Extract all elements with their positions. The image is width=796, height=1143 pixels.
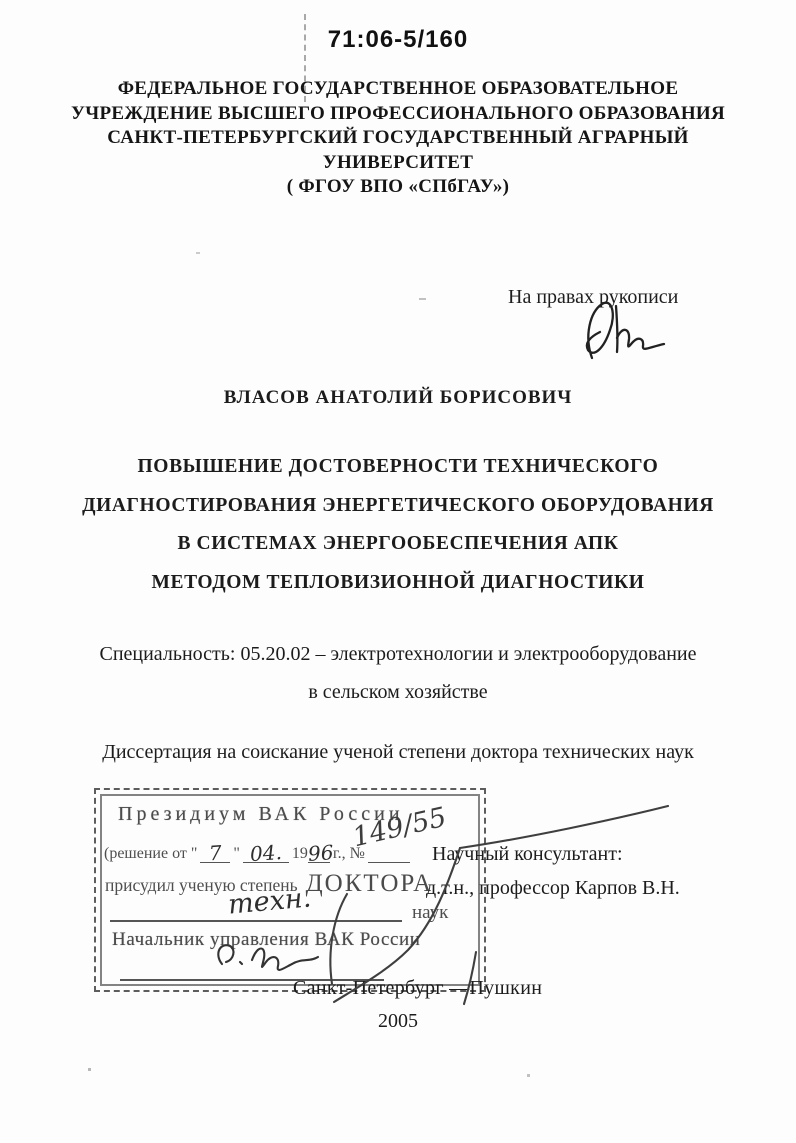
dissertation-title: ПОВЫШЕНИЕ ДОСТОВЕРНОСТИ ТЕХНИЧЕСКОГО ДИА…	[0, 448, 796, 602]
handwritten-day: 7	[208, 841, 222, 866]
decision-year-blank: 96	[308, 838, 330, 863]
scan-speck	[196, 252, 200, 254]
scan-speck	[88, 1068, 91, 1071]
specialty-line: в сельском хозяйстве	[0, 681, 796, 704]
decision-number-blank	[368, 862, 410, 863]
consultant-name: д.т.н., профессор Карпов В.Н.	[426, 877, 680, 900]
title-line: В СИСТЕМАХ ЭНЕРГООБЕСПЕЧЕНИЯ АПК	[0, 525, 796, 564]
institution-line: ( ФГОУ ВПО «СПбГАУ»)	[0, 175, 796, 200]
title-line: ПОВЫШЕНИЕ ДОСТОВЕРНОСТИ ТЕХНИЧЕСКОГО	[0, 448, 796, 487]
handwritten-year: 96	[307, 840, 334, 866]
scan-speck	[419, 298, 426, 300]
institution-line: САНКТ-ПЕТЕРБУРГСКИЙ ГОСУДАРСТВЕННЫЙ АГРА…	[0, 126, 796, 151]
institution-line: ФЕДЕРАЛЬНОЕ ГОСУДАРСТВЕННОЕ ОБРАЗОВАТЕЛЬ…	[0, 77, 796, 102]
year: 2005	[0, 1010, 796, 1033]
awarded-degree: ДОКТОРА	[306, 870, 434, 897]
decision-month-blank: 04.	[243, 838, 289, 863]
decision-quote: "	[233, 845, 240, 863]
handwritten-degree-field: техн.	[227, 882, 313, 920]
decision-prefix: (решение от "	[104, 845, 197, 863]
author-name: ВЛАСОВ АНАТОЛИЙ БОРИСОВИЧ	[0, 387, 796, 409]
decision-year-printed: 19	[292, 845, 308, 863]
stamp-nauk-label: наук	[412, 902, 448, 924]
stamp-official-title: Начальник управления ВАК России	[112, 929, 421, 951]
city-line: Санкт-Петербург —Пушкин	[293, 977, 542, 1000]
decision-day-blank: 7	[200, 838, 230, 863]
title-line: МЕТОДОМ ТЕПЛОВИЗИОННОЙ ДИАГНОСТИКИ	[0, 564, 796, 603]
catalog-number: 71:06-5/160	[0, 26, 796, 54]
dissertation-note: Диссертация на соискание ученой степени …	[0, 741, 796, 764]
institution-line: УНИВЕРСИТЕТ	[0, 151, 796, 176]
stamp-blank-rule	[110, 920, 402, 922]
handwritten-month: 04.	[249, 840, 282, 866]
manuscript-rights-note: На правах рукописи	[508, 286, 678, 309]
institution-block: ФЕДЕРАЛЬНОЕ ГОСУДАРСТВЕННОЕ ОБРАЗОВАТЕЛЬ…	[0, 77, 796, 200]
title-line: ДИАГНОСТИРОВАНИЯ ЭНЕРГЕТИЧЕСКОГО ОБОРУДО…	[0, 487, 796, 526]
specialty-line: Специальность: 05.20.02 – электротехноло…	[0, 643, 796, 666]
institution-line: УЧРЕЖДЕНИЕ ВЫСШЕГО ПРОФЕССИОНАЛЬНОГО ОБР…	[0, 102, 796, 127]
stamp-decision-line: (решение от " 7 " 04. 19 96 г., №	[104, 838, 480, 863]
scan-speck	[527, 1074, 530, 1077]
dissertation-title-page: 71:06-5/160 ФЕДЕРАЛЬНОЕ ГОСУДАРСТВЕННОЕ …	[0, 0, 796, 1143]
consultant-label: Научный консультант:	[432, 843, 623, 866]
